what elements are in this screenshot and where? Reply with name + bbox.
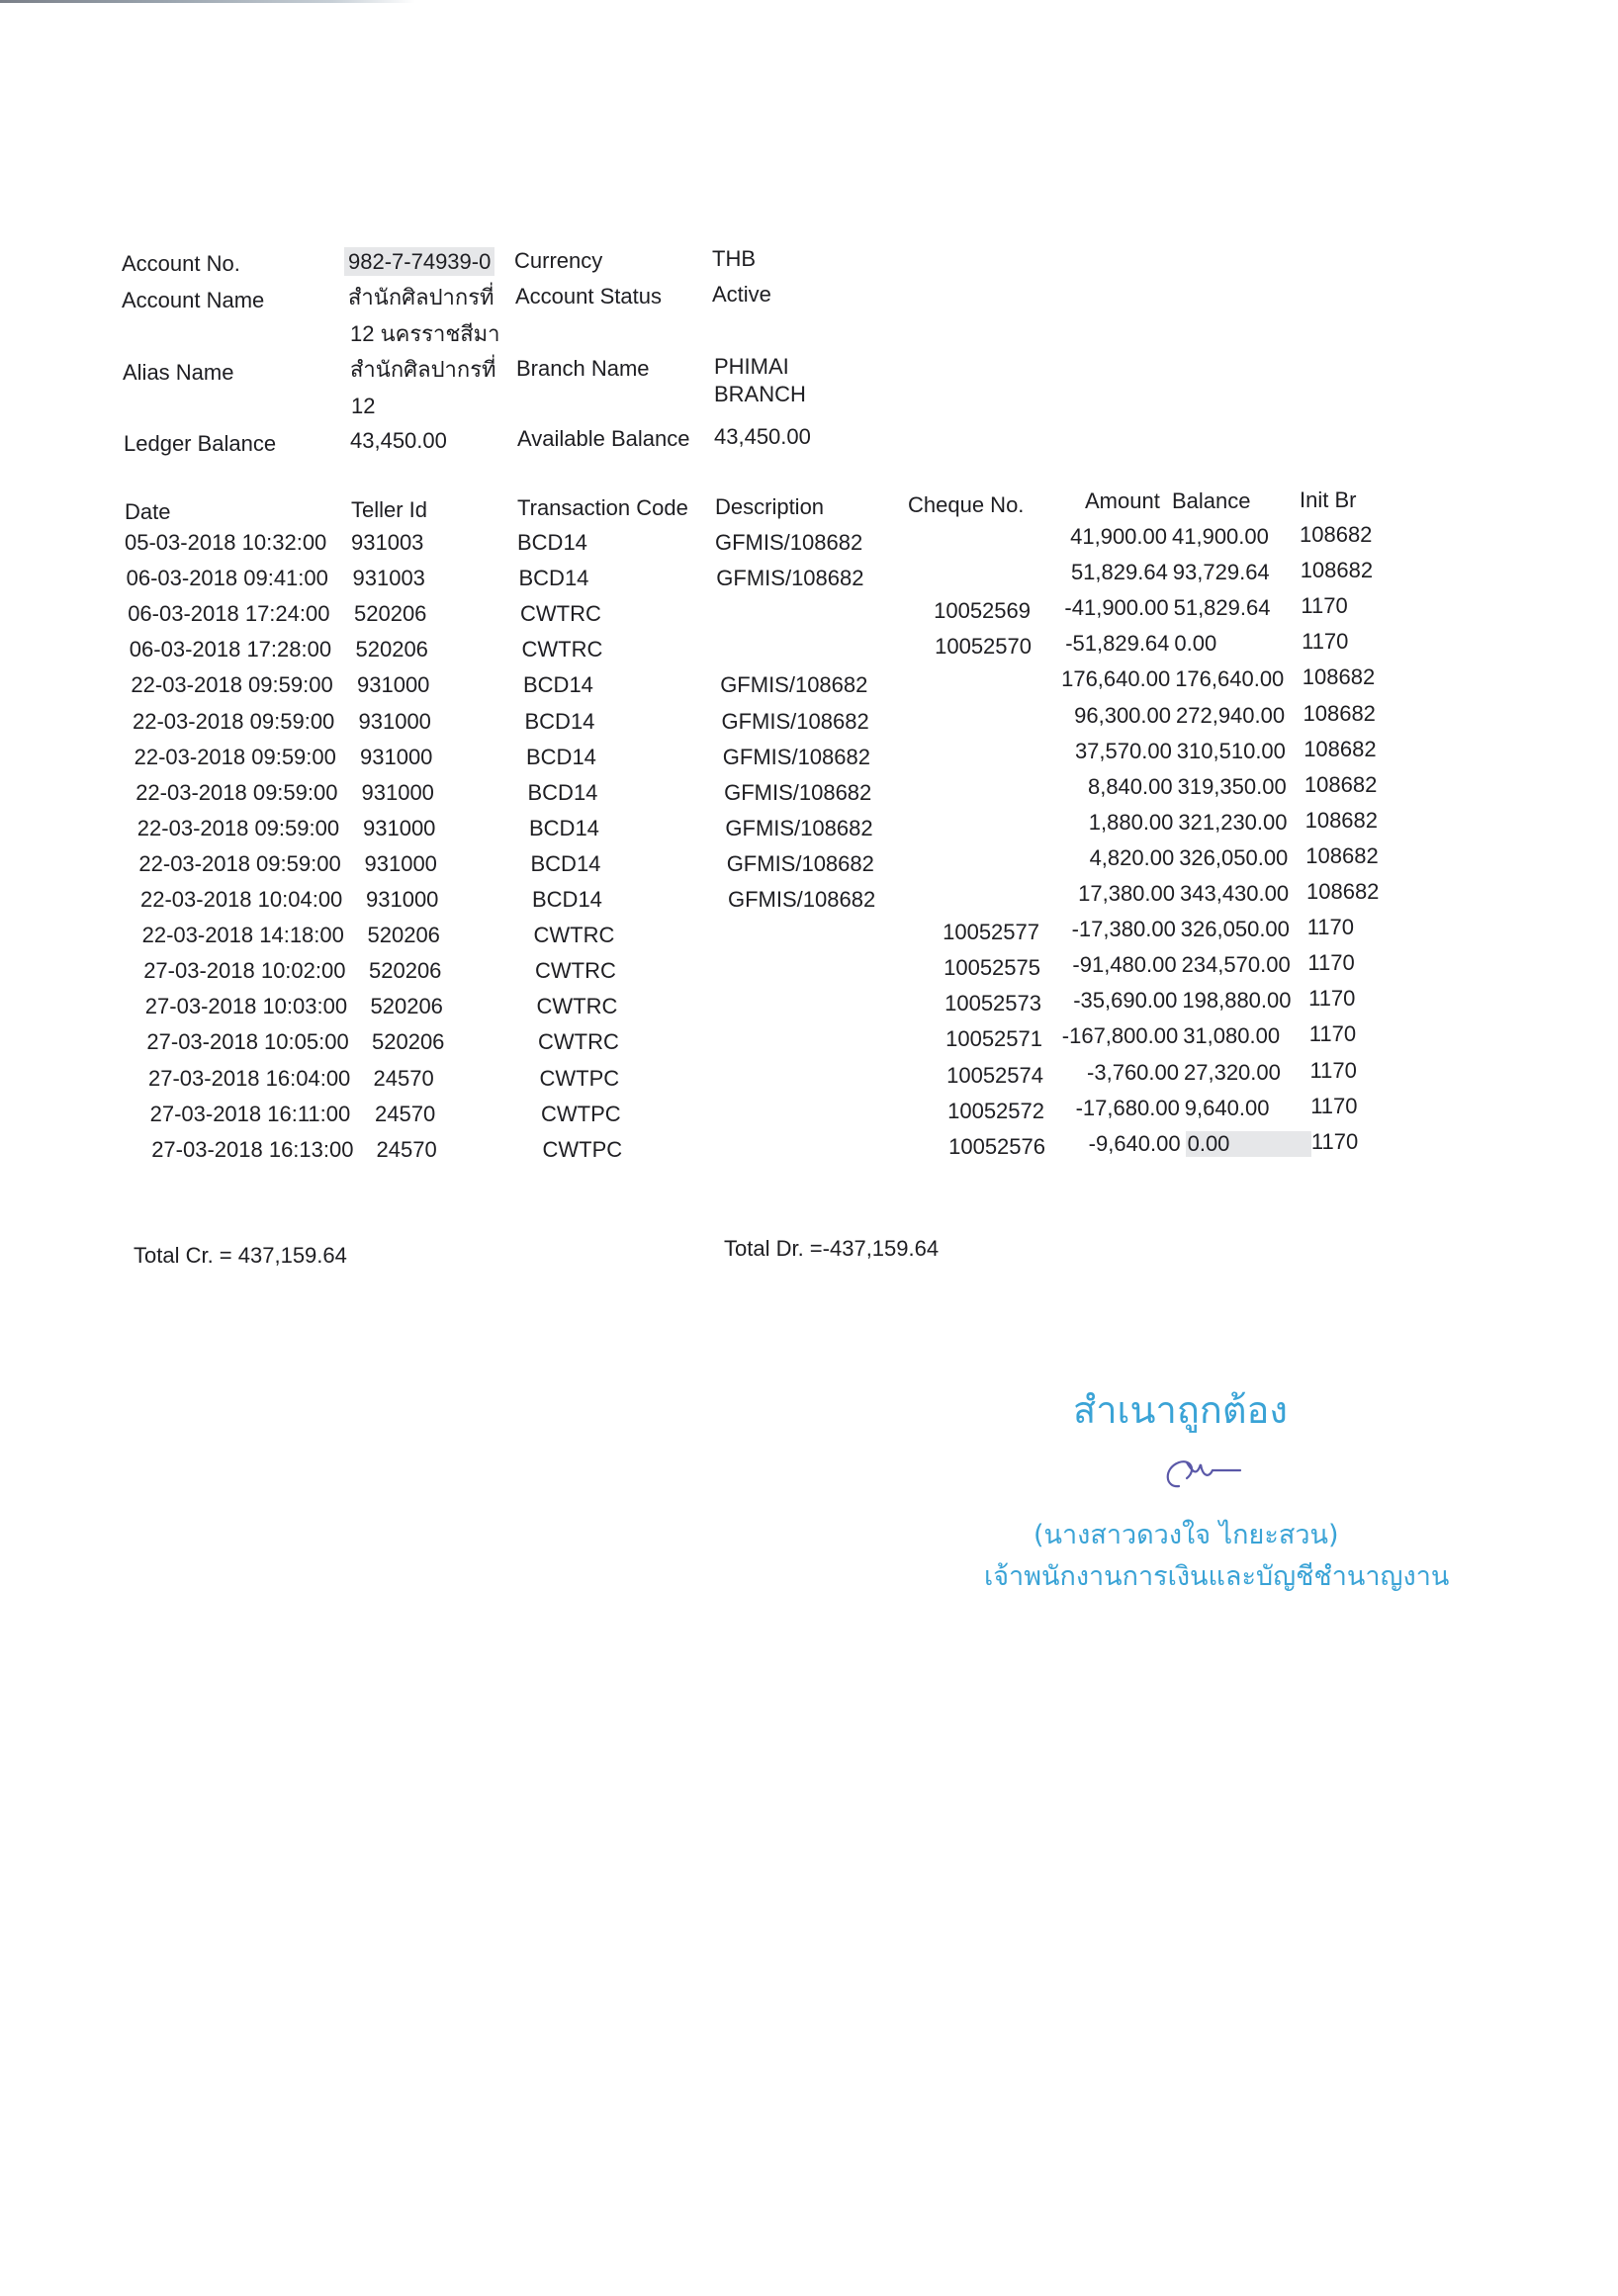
cell-cheque: 10052572 [947, 1099, 1044, 1124]
cell-code: CWTRC [534, 923, 615, 948]
cell-date: 22-03-2018 09:59:00 [131, 672, 332, 698]
account-name-line2: 12 นครราชสีมา [350, 321, 500, 347]
cell-amount: 41,900.00 [1070, 524, 1167, 550]
cell-code: BCD14 [531, 851, 601, 877]
cell-teller: 931000 [360, 745, 432, 770]
cell-cheque: 10052571 [945, 1026, 1042, 1052]
cell-balance: 310,510.00 [1177, 739, 1286, 764]
cell-code: BCD14 [525, 709, 595, 735]
account-status-value: Active [712, 282, 771, 308]
cell-cheque: 10052574 [946, 1063, 1043, 1089]
cell-amount: -91,480.00 [1072, 952, 1176, 978]
header-teller-id: Teller Id [351, 497, 427, 523]
cell-amount: -17,680.00 [1076, 1096, 1180, 1121]
cell-date: 22-03-2018 09:59:00 [137, 816, 339, 841]
cell-init-br: 108682 [1306, 879, 1379, 905]
cell-teller: 24570 [375, 1102, 435, 1127]
cell-amount: 1,880.00 [1089, 810, 1174, 836]
cell-desc: GFMIS/108682 [720, 672, 867, 698]
header-balance: Balance [1172, 488, 1251, 514]
cell-date: 22-03-2018 09:59:00 [133, 709, 334, 735]
cell-amount: 37,570.00 [1075, 739, 1172, 764]
cell-init-br: 108682 [1303, 664, 1375, 690]
cell-code: CWTRC [520, 601, 601, 627]
cell-code: CWTPC [543, 1137, 623, 1163]
cell-init-br: 1170 [1307, 915, 1354, 940]
cell-date: 22-03-2018 14:18:00 [142, 923, 344, 948]
cell-balance: 93,729.64 [1173, 560, 1270, 585]
currency-value: THB [712, 246, 756, 272]
cell-desc: GFMIS/108682 [728, 887, 875, 913]
cell-date: 06-03-2018 09:41:00 [127, 566, 328, 591]
cell-init-br: 1170 [1302, 629, 1348, 655]
account-name-line1: สำนักศิลปากรที่ [348, 285, 494, 310]
ledger-balance-value: 43,450.00 [350, 428, 447, 454]
cell-code: CWTRC [535, 958, 616, 984]
cell-init-br: 108682 [1301, 558, 1373, 583]
cell-code: CWTPC [540, 1066, 620, 1092]
cell-init-br: 108682 [1303, 701, 1376, 727]
cell-amount: 8,840.00 [1088, 774, 1173, 800]
cell-init-br: 108682 [1305, 843, 1378, 869]
cell-init-br: 1170 [1311, 1129, 1358, 1155]
stamp-title: สำเนาถูกต้อง [1073, 1379, 1288, 1440]
cell-date: 22-03-2018 09:59:00 [135, 745, 336, 770]
cell-teller: 931000 [366, 887, 438, 913]
alias-name-line1: สำนักศิลปากรที่ [350, 357, 496, 383]
cell-teller: 931003 [353, 566, 425, 591]
cell-balance: 41,900.00 [1172, 524, 1269, 550]
cell-amount: -17,380.00 [1072, 917, 1176, 942]
cell-teller: 931003 [351, 530, 423, 556]
cell-date: 27-03-2018 10:02:00 [143, 958, 345, 984]
header-cheque-no: Cheque No. [908, 492, 1024, 518]
alias-name-line2: 12 [351, 394, 375, 419]
cell-init-br: 1170 [1310, 1058, 1357, 1084]
cell-code: CWTRC [522, 637, 603, 662]
cell-teller: 24570 [374, 1066, 434, 1092]
cell-init-br: 1170 [1308, 986, 1355, 1012]
cell-cheque: 10052570 [935, 634, 1032, 660]
cell-code: BCD14 [532, 887, 602, 913]
cell-balance: 319,350.00 [1178, 774, 1287, 800]
cell-teller: 520206 [372, 1029, 444, 1055]
cell-desc: GFMIS/108682 [724, 780, 871, 806]
stamp-signer-position: เจ้าพนักงานการเงินและบัญชีชำนาญงาน [984, 1554, 1449, 1597]
cell-cheque: 10052573 [944, 991, 1041, 1016]
cell-desc: GFMIS/108682 [723, 745, 870, 770]
cell-balance: 326,050.00 [1181, 917, 1290, 942]
total-credit: Total Cr. = 437,159.64 [134, 1243, 347, 1269]
cell-teller: 931000 [363, 816, 435, 841]
cell-balance: 0.00 [1186, 1131, 1311, 1157]
total-debit: Total Dr. =-437,159.64 [724, 1236, 939, 1262]
cell-init-br: 108682 [1305, 808, 1378, 834]
cell-date: 27-03-2018 10:05:00 [146, 1029, 348, 1055]
cell-amount: 96,300.00 [1074, 703, 1171, 729]
cell-teller: 520206 [356, 637, 428, 662]
cell-desc: GFMIS/108682 [722, 709, 869, 735]
cell-code: BCD14 [517, 530, 587, 556]
cell-balance: 326,050.00 [1179, 845, 1288, 871]
cell-date: 22-03-2018 09:59:00 [135, 780, 337, 806]
cell-code: BCD14 [528, 780, 598, 806]
cell-balance: 176,640.00 [1175, 666, 1284, 692]
header-transaction-code: Transaction Code [517, 495, 688, 521]
cell-date: 27-03-2018 16:11:00 [150, 1102, 351, 1127]
cell-date: 06-03-2018 17:24:00 [128, 601, 329, 627]
cell-balance: 31,080.00 [1183, 1023, 1280, 1049]
cell-init-br: 108682 [1304, 772, 1377, 798]
cell-date: 06-03-2018 17:28:00 [130, 637, 331, 662]
label-account-no: Account No. [122, 251, 240, 277]
cell-amount: -35,690.00 [1073, 988, 1177, 1014]
cell-amount: 4,820.00 [1090, 845, 1175, 871]
cell-balance: 272,940.00 [1176, 703, 1285, 729]
header-date: Date [125, 499, 170, 525]
cell-amount: 51,829.64 [1071, 560, 1168, 585]
stamp-signer-name: (นางสาวดวงใจ ไกยะสวน) [1034, 1513, 1338, 1555]
cell-balance: 27,320.00 [1184, 1060, 1281, 1086]
label-account-status: Account Status [515, 284, 662, 309]
cell-date: 05-03-2018 10:32:00 [125, 530, 326, 556]
cell-balance: 51,829.64 [1174, 595, 1271, 621]
cell-desc: GFMIS/108682 [715, 530, 862, 556]
cell-balance: 343,430.00 [1180, 881, 1289, 907]
cell-cheque: 10052576 [948, 1134, 1045, 1160]
cell-teller: 520206 [369, 958, 441, 984]
cell-date: 27-03-2018 16:04:00 [148, 1066, 350, 1092]
cell-amount: -51,829.64 [1065, 631, 1169, 657]
cell-amount: -41,900.00 [1064, 595, 1168, 621]
account-number: 982-7-74939-0 [344, 247, 494, 276]
cell-date: 22-03-2018 09:59:00 [138, 851, 340, 877]
cell-code: CWTPC [541, 1102, 621, 1127]
header-description: Description [715, 494, 824, 520]
cell-balance: 0.00 [1174, 631, 1216, 657]
cell-amount: 17,380.00 [1078, 881, 1175, 907]
cell-amount: -167,800.00 [1062, 1023, 1178, 1049]
cell-teller: 931000 [362, 780, 434, 806]
cell-code: BCD14 [526, 745, 596, 770]
scan-edge-line [0, 0, 415, 3]
cell-amount: -3,760.00 [1087, 1060, 1179, 1086]
branch-name-line1: PHIMAI [714, 354, 789, 380]
cell-desc: GFMIS/108682 [727, 851, 874, 877]
cell-teller: 931000 [359, 709, 431, 735]
cell-amount: 176,640.00 [1061, 666, 1170, 692]
cell-teller: 931000 [357, 672, 429, 698]
cell-init-br: 1170 [1307, 950, 1354, 976]
label-available-balance: Available Balance [517, 426, 690, 452]
cell-cheque: 10052577 [943, 920, 1039, 945]
signature-icon [1157, 1449, 1246, 1498]
cell-init-br: 108682 [1300, 522, 1372, 548]
cell-code: BCD14 [519, 566, 589, 591]
label-branch-name: Branch Name [516, 356, 650, 382]
cell-balance: 234,570.00 [1182, 952, 1291, 978]
cell-code: CWTRC [537, 994, 618, 1019]
cell-desc: GFMIS/108682 [725, 816, 872, 841]
cell-teller: 520206 [368, 923, 440, 948]
cell-amount: -9,640.00 [1089, 1131, 1181, 1157]
cell-balance: 321,230.00 [1178, 810, 1287, 836]
branch-name-line2: BRANCH [714, 382, 806, 407]
cell-code: CWTRC [538, 1029, 619, 1055]
cell-init-br: 1170 [1301, 593, 1347, 619]
header-amount: Amount [1085, 488, 1160, 514]
cell-init-br: 108682 [1303, 737, 1376, 762]
cell-init-br: 1170 [1309, 1021, 1356, 1047]
cell-teller: 520206 [354, 601, 426, 627]
cell-balance: 9,640.00 [1185, 1096, 1270, 1121]
cell-balance: 198,880.00 [1182, 988, 1291, 1014]
cell-init-br: 1170 [1310, 1094, 1357, 1119]
label-currency: Currency [514, 248, 602, 274]
cell-teller: 931000 [365, 851, 437, 877]
header-init-br: Init Br [1300, 487, 1356, 513]
cell-code: BCD14 [529, 816, 599, 841]
cell-date: 27-03-2018 10:03:00 [145, 994, 347, 1019]
cell-teller: 24570 [377, 1137, 437, 1163]
cell-teller: 520206 [371, 994, 443, 1019]
cell-code: BCD14 [523, 672, 593, 698]
label-ledger-balance: Ledger Balance [124, 431, 276, 457]
available-balance-value: 43,450.00 [714, 424, 811, 450]
cell-cheque: 10052569 [934, 598, 1031, 624]
label-account-name: Account Name [122, 288, 264, 313]
label-alias-name: Alias Name [123, 360, 233, 386]
cell-date: 27-03-2018 16:13:00 [151, 1137, 353, 1163]
cell-date: 22-03-2018 10:04:00 [140, 887, 342, 913]
cell-cheque: 10052575 [944, 955, 1040, 981]
cell-desc: GFMIS/108682 [716, 566, 863, 591]
